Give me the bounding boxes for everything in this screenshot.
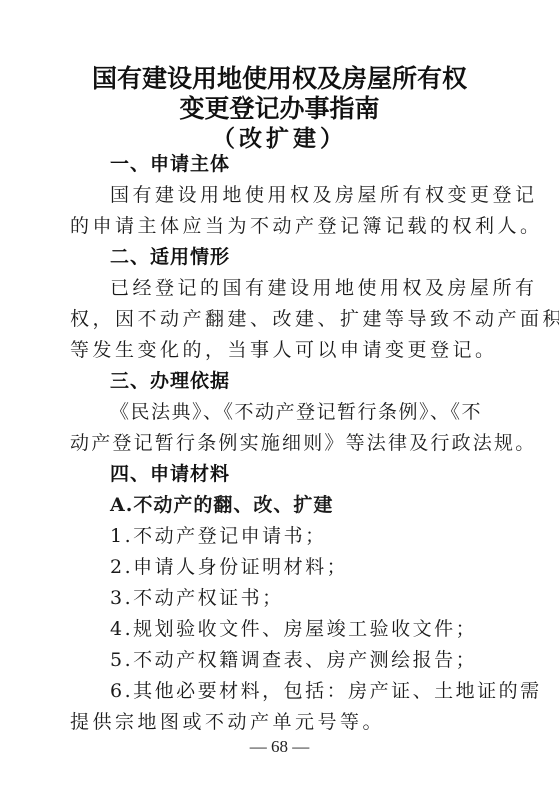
section-heading-legal-basis: 三、办理依据 [110,369,540,393]
list-item: 4.规划验收文件、房屋竣工验收文件； [110,617,540,641]
list-item: 6.其他必要材料，包括：房产证、土地证的需 [110,679,540,703]
subsection-heading: A.不动产的翻、改、扩建 [110,493,540,517]
paragraph-line: 的申请主体应当为不动产登记簿记载的权利人。 [70,214,500,238]
paragraph-line: 等发生变化的，当事人可以申请变更登记。 [70,338,500,362]
section-heading-materials: 四、申请材料 [110,462,540,486]
paragraph-line: 动产登记暂行条例实施细则》等法律及行政法规。 [70,431,500,455]
paragraph-line: 已经登记的国有建设用地使用权及房屋所有 [110,276,540,300]
section-heading-applicable-cases: 二、适用情形 [110,245,540,269]
list-item-continuation: 提供宗地图或不动产单元号等。 [70,710,500,734]
list-item: 1.不动产登记申请书； [110,524,540,548]
paragraph-line: 国有建设用地使用权及房屋所有权变更登记 [110,183,540,207]
list-item: 3.不动产权证书； [110,586,540,610]
document-page: 国有建设用地使用权及房屋所有权 变更登记办事指南 （改扩建） 一、申请主体 国有… [0,0,559,793]
page-number: — 68 — [0,737,559,757]
document-title-line-3: （改扩建） [0,120,559,153]
paragraph-line: 《民法典》、《不动产登记暂行条例》、《不 [110,400,540,424]
paragraph-line: 权，因不动产翻建、改建、扩建等导致不动产面积 [70,307,500,331]
list-item: 2.申请人身份证明材料； [110,555,540,579]
list-item: 5.不动产权籍调查表、房产测绘报告； [110,648,540,672]
section-heading-applicant: 一、申请主体 [110,152,540,176]
